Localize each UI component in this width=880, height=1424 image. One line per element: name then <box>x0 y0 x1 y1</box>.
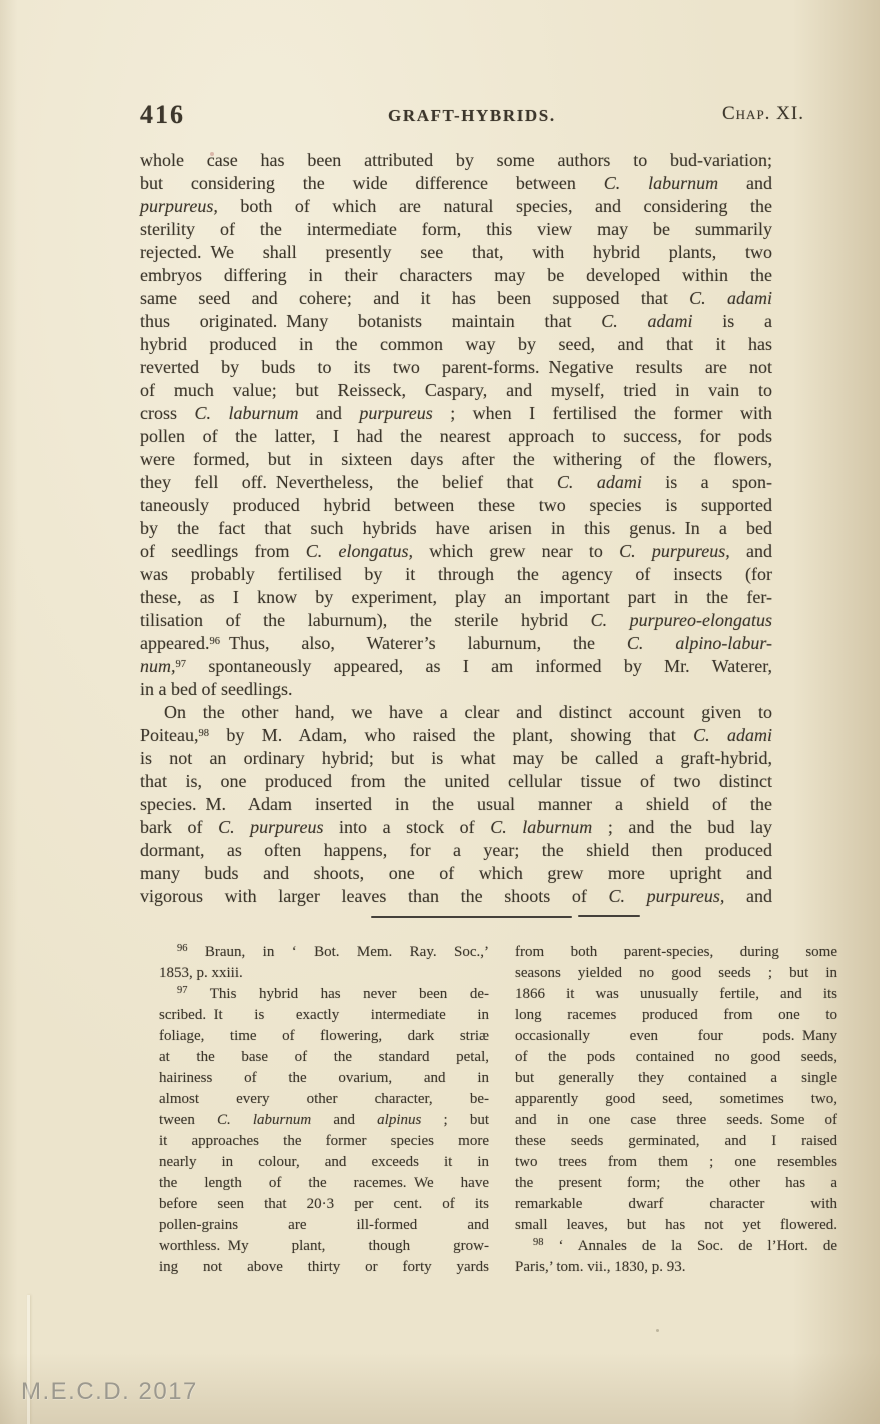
watermark: M.E.C.D. 2017 <box>21 1378 198 1406</box>
footnote-marker: 96 <box>177 943 188 954</box>
text-line: was probably fertilised by it through th… <box>140 563 772 586</box>
text-line: but considering the wide difference betw… <box>140 172 772 195</box>
text-line: of the pods contained no good seeds, <box>515 1047 837 1068</box>
text-line: cross C. laburnum and purpureus ; when I… <box>140 402 772 425</box>
text-line: of seedlings from C. elongatus, which gr… <box>140 540 772 563</box>
text-line: scribed. It is exactly intermediate in <box>159 1005 489 1026</box>
text-line: were formed, but in sixteen days after t… <box>140 448 772 471</box>
page-crease <box>27 1295 30 1424</box>
text-line: vigorous with larger leaves than the sho… <box>140 885 772 908</box>
footnote-marker: 98 <box>199 728 210 739</box>
page-speck <box>656 1329 659 1332</box>
text-line: from both parent-species, during some <box>515 942 837 963</box>
text-line: and in one case three seeds. Some of <box>515 1110 837 1131</box>
text-line: the present form; the other has a <box>515 1173 837 1194</box>
footnotes-right-column: from both parent-species, during somesea… <box>515 942 837 1278</box>
text-line: On the other hand, we have a clear and d… <box>140 701 772 724</box>
text-line: sterility of the intermediate form, this… <box>140 218 772 241</box>
text-line: 97 This hybrid has never been de- <box>159 984 489 1005</box>
text-line: it approaches the former species more <box>159 1131 489 1152</box>
text-line: taneously produced hybrid between these … <box>140 494 772 517</box>
text-line: 96 Braun, in ‘ Bot. Mem. Ray. Soc.,’ <box>159 942 489 963</box>
text-line: tilisation of the laburnum), the sterile… <box>140 609 772 632</box>
text-line: pollen-grains are ill-formed and <box>159 1215 489 1236</box>
text-line: they fell off. Nevertheless, the belief … <box>140 471 772 494</box>
text-line: num,97 spontaneously appeared, as I am i… <box>140 655 772 678</box>
text-line: in a bed of seedlings. <box>140 678 772 701</box>
text-line: Paris,’ tom. vii., 1830, p. 93. <box>515 1257 837 1278</box>
text-line: purpureus, both of which are natural spe… <box>140 195 772 218</box>
text-line: thus originated. Many botanists maintain… <box>140 310 772 333</box>
text-line: before seen that 20·3 per cent. of its <box>159 1194 489 1215</box>
paragraph-2: On the other hand, we have a clear and d… <box>140 701 772 908</box>
text-line: these, as I know by experiment, play an … <box>140 586 772 609</box>
text-line: these seeds germinated, and I raised <box>515 1131 837 1152</box>
text-line: 98 ‘ Annales de la Soc. de l’Hort. de <box>515 1236 837 1257</box>
text-line: rejected. We shall presently see that, w… <box>140 241 772 264</box>
text-line: of much value; but Reisseck, Caspary, an… <box>140 379 772 402</box>
text-line: small leaves, but has not yet flowered. <box>515 1215 837 1236</box>
footnotes-left-column: 96 Braun, in ‘ Bot. Mem. Ray. Soc.,’1853… <box>159 942 489 1278</box>
text-line: Poiteau,98 by M. Adam, who raised the pl… <box>140 724 772 747</box>
text-line: appeared.96 Thus, also, Waterer’s laburn… <box>140 632 772 655</box>
text-line: long racemes produced from one to <box>515 1005 837 1026</box>
text-line: seasons yielded no good seeds ; but in <box>515 963 837 984</box>
text-line: 1866 it was unusually fertile, and its <box>515 984 837 1005</box>
chapter-label: Chap. XI. <box>722 103 804 125</box>
text-line: two trees from them ; one resembles <box>515 1152 837 1173</box>
text-line: at the base of the standard petal, <box>159 1047 489 1068</box>
text-line: foliage, time of flowering, dark striæ <box>159 1026 489 1047</box>
text-line: species. M. Adam inserted in the usual m… <box>140 793 772 816</box>
text-line: whole case has been attributed by some a… <box>140 149 772 172</box>
running-title: GRAFT-HYBRIDS. <box>388 106 556 126</box>
book-page: 416 GRAFT-HYBRIDS. Chap. XI. whole case … <box>0 0 880 1424</box>
text-line: bark of C. purpureus into a stock of C. … <box>140 816 772 839</box>
text-line: but generally they contained a single <box>515 1068 837 1089</box>
text-line: pollen of the latter, I had the nearest … <box>140 425 772 448</box>
text-line: the length of the racemes. We have <box>159 1173 489 1194</box>
page-speck <box>210 152 214 156</box>
text-line: nearly in colour, and exceeds it in <box>159 1152 489 1173</box>
text-line: same seed and cohere; and it has been su… <box>140 287 772 310</box>
paragraph-1: whole case has been attributed by some a… <box>140 149 772 701</box>
text-line: tween C. laburnum and alpinus ; but <box>159 1110 489 1131</box>
text-line: apparently good seed, sometimes two, <box>515 1089 837 1110</box>
text-line: is not an ordinary hybrid; but is what m… <box>140 747 772 770</box>
text-line: ing not above thirty or forty yards <box>159 1257 489 1278</box>
footnote-marker: 96 <box>209 636 220 647</box>
text-line: dormant, as often happens, for a year; t… <box>140 839 772 862</box>
footnote-divider-segment <box>578 915 640 917</box>
text-line: hairiness of the ovarium, and in <box>159 1068 489 1089</box>
text-line: hybrid produced in the common way by see… <box>140 333 772 356</box>
text-line: reverted by buds to its two parent-forms… <box>140 356 772 379</box>
text-line: worthless. My plant, though grow- <box>159 1236 489 1257</box>
footnote-marker: 98 <box>533 1237 544 1248</box>
text-line: remarkable dwarf character with <box>515 1194 837 1215</box>
page-number: 416 <box>140 100 185 130</box>
footnote-divider <box>371 916 572 918</box>
footnote-marker: 97 <box>177 985 188 996</box>
text-line: almost every other character, be- <box>159 1089 489 1110</box>
text-line: many buds and shoots, one of which grew … <box>140 862 772 885</box>
text-line: embryos differing in their characters ma… <box>140 264 772 287</box>
text-line: that is, one produced from the united ce… <box>140 770 772 793</box>
main-text: whole case has been attributed by some a… <box>140 149 772 908</box>
text-line: by the fact that such hybrids have arise… <box>140 517 772 540</box>
footnote-marker: 97 <box>176 659 187 670</box>
text-line: occasionally even four pods. Many <box>515 1026 837 1047</box>
text-line: 1853, p. xxiii. <box>159 963 489 984</box>
